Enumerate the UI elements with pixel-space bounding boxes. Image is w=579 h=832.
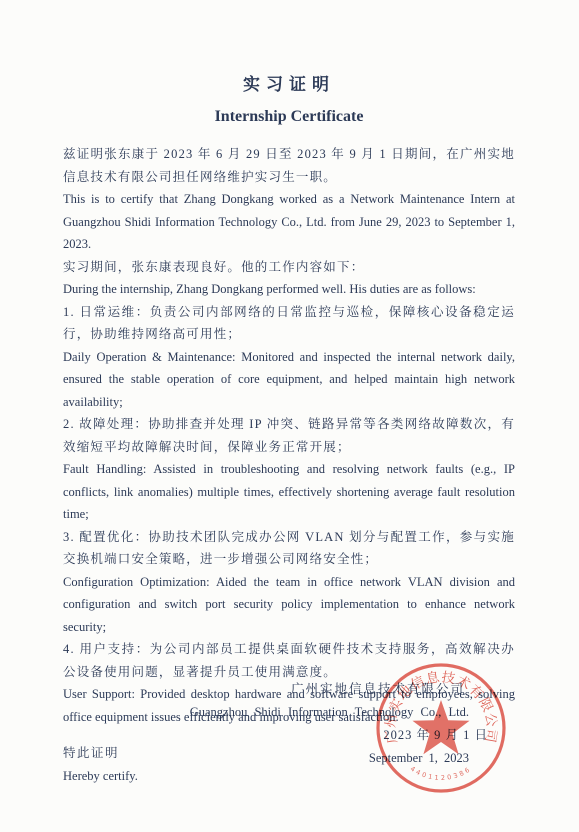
- certificate-page: 实习证明 Internship Certificate 兹证明张东康于 2023…: [0, 0, 579, 832]
- performance-paragraph-en: During the internship, Zhang Dongkang pe…: [63, 278, 515, 301]
- duty-1-en: Daily Operation & Maintenance: Monitored…: [63, 346, 515, 414]
- signature-date-en: September 1, 2023: [63, 747, 515, 770]
- signature-block: 广州实地信息技术有限公司 Guangzhou Shidi Information…: [63, 678, 515, 770]
- duty-2-zh: 2. 故障处理：协助排查并处理 IP 冲突、链路异常等各类网络故障数次，有效缩短…: [63, 413, 515, 458]
- intro-paragraph-en: This is to certify that Zhang Dongkang w…: [63, 188, 515, 256]
- signature-company-en: Guangzhou Shidi Information Technology C…: [63, 701, 515, 724]
- certificate-content: 实习证明 Internship Certificate 兹证明张东康于 2023…: [63, 0, 515, 787]
- duty-4-zh: 4. 用户支持：为公司内部员工提供桌面软硬件技术支持服务，高效解决办公设备使用问…: [63, 638, 515, 683]
- certificate-title-zh: 实习证明: [63, 70, 515, 95]
- performance-paragraph-zh: 实习期间，张东康表现良好。他的工作内容如下：: [63, 256, 515, 279]
- duty-2-en: Fault Handling: Assisted in troubleshoot…: [63, 458, 515, 526]
- duty-3-en: Configuration Optimization: Aided the te…: [63, 571, 515, 639]
- signature-date-zh: 2023 年 9 月 1 日: [63, 724, 515, 747]
- signature-company-zh: 广州实地信息技术有限公司: [63, 678, 515, 701]
- duty-1-zh: 1. 日常运维：负责公司内部网络的日常监控与巡检，保障核心设备稳定运行，协助维持…: [63, 301, 515, 346]
- certificate-title-en: Internship Certificate: [63, 108, 515, 126]
- intro-paragraph-zh: 兹证明张东康于 2023 年 6 月 29 日至 2023 年 9 月 1 日期…: [63, 143, 515, 188]
- duty-3-zh: 3. 配置优化：协助技术团队完成办公网 VLAN 划分与配置工作，参与实施交换机…: [63, 526, 515, 571]
- certificate-body: 兹证明张东康于 2023 年 6 月 29 日至 2023 年 9 月 1 日期…: [63, 143, 515, 728]
